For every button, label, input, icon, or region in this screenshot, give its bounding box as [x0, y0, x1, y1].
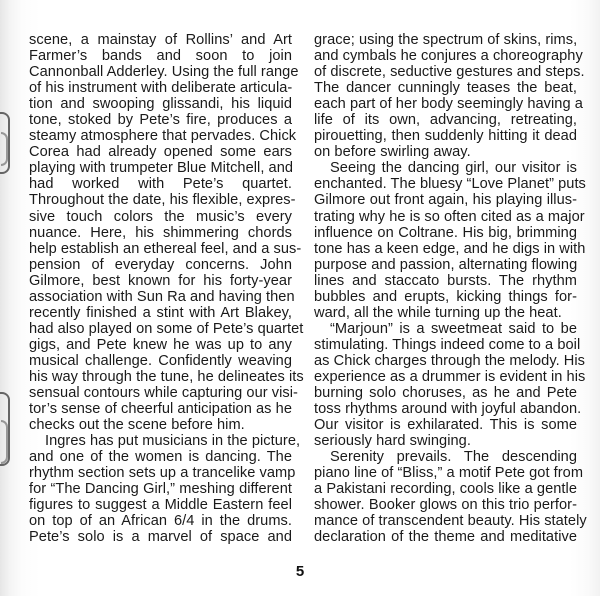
text-line: and cymbals he conjures a choreography: [314, 48, 577, 64]
text-line: influence on Coltrane. His big, brimming: [314, 225, 577, 241]
text-line: musical challenge. Confidently weaving: [29, 353, 292, 369]
text-line: tone has a keen edge, and he digs in wit…: [314, 241, 577, 257]
text-line: piano line of “Bliss,” a motif Pete got …: [314, 465, 577, 481]
text-line: lines and staccato bursts. The rhythm: [314, 273, 577, 289]
text-line: his way through the tune, he delineates …: [29, 369, 292, 385]
text-line: seriously hard swinging.: [314, 433, 577, 449]
text-line: Our visitor is exhilarated. This is some: [314, 417, 577, 433]
text-line: had worked with Pete’s quartet.: [29, 176, 292, 192]
text-line: for “The Dancing Girl,” meshing differen…: [29, 481, 292, 497]
text-line: a Pakistani recording, cools like a gent…: [314, 481, 577, 497]
text-line: tor’s sense of cheerful anticipation as …: [29, 401, 292, 417]
text-line: on before swirling away.: [314, 144, 577, 160]
text-line: playing with trumpeter Blue Mitchell, an…: [29, 160, 292, 176]
left-text-column: scene, a mainstay of Rollins’ and ArtFar…: [29, 32, 292, 546]
right-text-column: grace; using the spectrum of skins, rims…: [314, 32, 577, 546]
text-line: purpose and passion, alternating flowing: [314, 257, 577, 273]
text-line: scene, a mainstay of Rollins’ and Art: [29, 32, 292, 48]
text-line: Gilmore, best known for his forty-year: [29, 273, 292, 289]
binding-staple-mark: [1, 132, 8, 166]
text-line: “Marjoun” is a sweetmeat said to be: [314, 321, 577, 337]
text-line: Farmer’s bands and soon to join: [29, 48, 292, 64]
binding-staple-mark: [1, 420, 8, 464]
text-line: burning solo choruses, as he and Pete: [314, 385, 577, 401]
text-line: Throughout the date, his flexible, expre…: [29, 192, 292, 208]
text-line: recently finished a stint with Art Blake…: [29, 305, 292, 321]
text-line: grace; using the spectrum of skins, rims…: [314, 32, 577, 48]
text-line: trating why he is so often cited as a ma…: [314, 209, 577, 225]
text-line: sive touch colors the music’s every: [29, 209, 292, 225]
text-line: of discrete, seductive gestures and step…: [314, 64, 577, 80]
text-line: toss rhythms around with joyful abandon.: [314, 401, 577, 417]
text-line: sensual contours while capturing our vis…: [29, 385, 292, 401]
text-line: nuance. Here, his shimmering chords: [29, 225, 292, 241]
text-line: Corea had already opened some ears: [29, 144, 292, 160]
text-line: each part of her body seemingly having a: [314, 96, 577, 112]
booklet-page: scene, a mainstay of Rollins’ and ArtFar…: [0, 0, 600, 596]
text-line: association with Sun Ra and having then: [29, 289, 292, 305]
text-line: tion and swooping glissandi, his liquid: [29, 96, 292, 112]
text-line: experience as a drummer is evident in hi…: [314, 369, 577, 385]
text-line: on top of an African 6/4 in the drums.: [29, 513, 292, 529]
text-line: as Chick charges through the melody. His: [314, 353, 577, 369]
text-line: The dancer cunningly teases the beat,: [314, 80, 577, 96]
text-line: tone, stoked by Pete’s fire, produces a: [29, 112, 292, 128]
text-line: bubbles and erupts, kicking things for-: [314, 289, 577, 305]
text-line: gigs, and Pete knew he was up to any: [29, 337, 292, 353]
text-line: rhythm section sets up a trancelike vamp: [29, 465, 292, 481]
text-line: checks out the scene before him.: [29, 417, 292, 433]
text-line: Ingres has put musicians in the picture,: [29, 433, 292, 449]
text-line: ward, all the while turning up the heat.: [314, 305, 577, 321]
text-line: and one of the women is dancing. The: [29, 449, 292, 465]
text-line: mance of transcendent beauty. His statel…: [314, 513, 577, 529]
text-line: shower. Booker glows on this trio perfor…: [314, 497, 577, 513]
text-line: declaration of the theme and meditative: [314, 529, 577, 545]
text-line: enchanted. The bluesy “Love Planet” puts: [314, 176, 577, 192]
text-line: steamy atmosphere that pervades. Chick: [29, 128, 292, 144]
text-line: pirouetting, then suddenly hitting it de…: [314, 128, 577, 144]
text-line: life of its own, advancing, retreating,: [314, 112, 577, 128]
text-line: pension of everyday concerns. John: [29, 257, 292, 273]
text-line: Serenity prevails. The descending: [314, 449, 577, 465]
text-line: Gilmore out front again, his playing ill…: [314, 192, 577, 208]
text-line: help establish an ethereal feel, and a s…: [29, 241, 292, 257]
text-line: of his instrument with deliberate articu…: [29, 80, 292, 96]
page-number: 5: [0, 563, 600, 580]
text-line: figures to suggest a Middle Eastern feel: [29, 497, 292, 513]
text-line: had also played on some of Pete’s quarte…: [29, 321, 292, 337]
text-line: Cannonball Adderley. Using the full rang…: [29, 64, 292, 80]
text-line: stimulating. Things indeed come to a boi…: [314, 337, 577, 353]
text-line: Seeing the dancing girl, our visitor is: [314, 160, 577, 176]
text-line: Pete’s solo is a marvel of space and: [29, 529, 292, 545]
